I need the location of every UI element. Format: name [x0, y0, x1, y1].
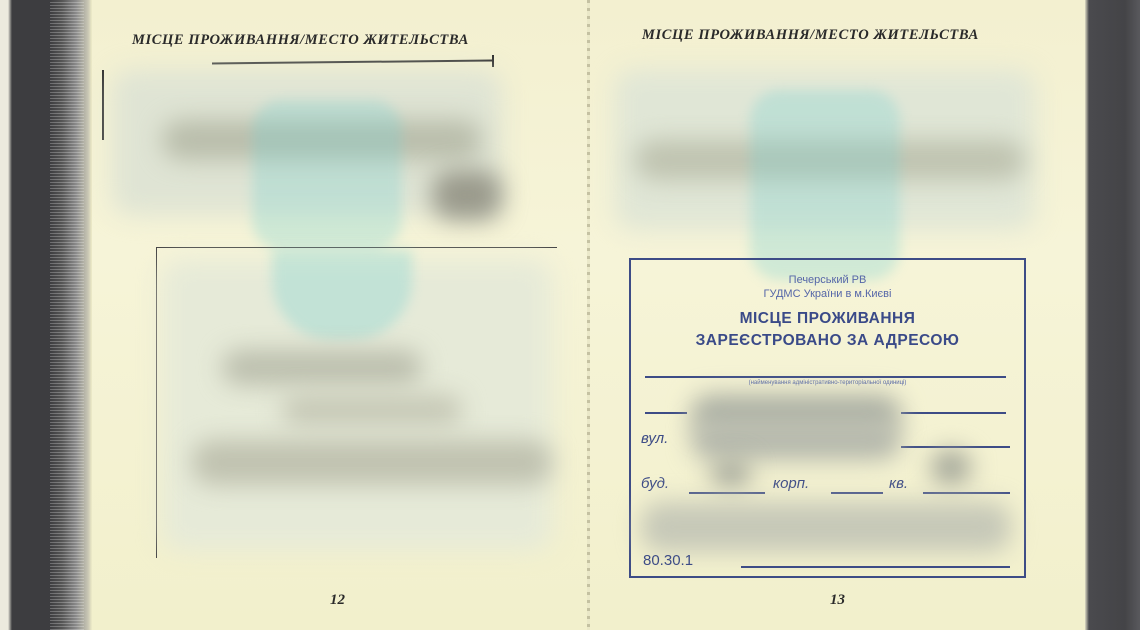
apartment-line — [923, 492, 1010, 494]
redacted-apartment — [931, 450, 971, 485]
blank-line — [645, 412, 687, 414]
redacted-building — [711, 458, 751, 488]
passport-cover-right-edge — [1085, 0, 1140, 630]
signature-line — [741, 566, 1010, 568]
page-12: МІСЦЕ ПРОЖИВАННЯ/МЕСТО ЖИТЕЛЬСТВА 12 — [92, 0, 590, 630]
redacted-signature — [432, 170, 502, 220]
handwritten-tick — [492, 55, 494, 67]
block-label: корп. — [773, 475, 809, 492]
page-number: 13 — [830, 592, 845, 609]
page-13: МІСЦЕ ПРОЖИВАННЯ/МЕСТО ЖИТЕЛЬСТВА Печерс… — [590, 0, 1085, 630]
unit-name-line — [645, 376, 1006, 378]
passport-scan: МІСЦЕ ПРОЖИВАННЯ/МЕСТО ЖИТЕЛЬСТВА 12 МІС… — [0, 0, 1140, 630]
block-line — [831, 492, 883, 494]
section-title: МІСЦЕ ПРОЖИВАННЯ/МЕСТО ЖИТЕЛЬСТВА — [132, 32, 469, 49]
page-number: 12 — [330, 592, 345, 609]
passport-cover-left-edge — [0, 0, 92, 630]
faint-coat-of-arms — [252, 100, 402, 250]
stamp-title-line1: МІСЦЕ ПРОЖИВАННЯ — [631, 310, 1024, 328]
stamp-code: 80.30.1 — [643, 552, 693, 569]
redacted-date-signature — [641, 502, 1011, 552]
building-label: буд. — [641, 475, 669, 492]
redacted-text — [192, 440, 552, 485]
apartment-label: кв. — [889, 475, 908, 492]
unit-name-caption: (найменування адміністративно-територіал… — [631, 380, 1024, 386]
street-line — [901, 446, 1010, 448]
redacted-street — [691, 420, 901, 460]
section-title: МІСЦЕ ПРОЖИВАННЯ/МЕСТО ЖИТЕЛЬСТВА — [642, 27, 979, 44]
building-line — [689, 492, 765, 494]
redacted-text — [222, 350, 422, 385]
blank-line — [901, 412, 1006, 414]
street-label: вул. — [641, 430, 668, 447]
stamp-border-fragment — [102, 70, 104, 140]
handwritten-underline — [212, 60, 492, 64]
stamp-title-line2: ЗАРЕЄСТРОВАНО ЗА АДРЕСОЮ — [631, 332, 1024, 350]
residence-registration-stamp: Печерський РВ ГУДМС України в м.Києві МІ… — [629, 258, 1026, 578]
faint-coat-of-arms — [750, 90, 900, 280]
stamp-authority-line1: Печерський РВ — [631, 274, 1024, 286]
stamp-authority-line2: ГУДМС України в м.Києві — [631, 288, 1024, 300]
redacted-text — [282, 395, 462, 425]
